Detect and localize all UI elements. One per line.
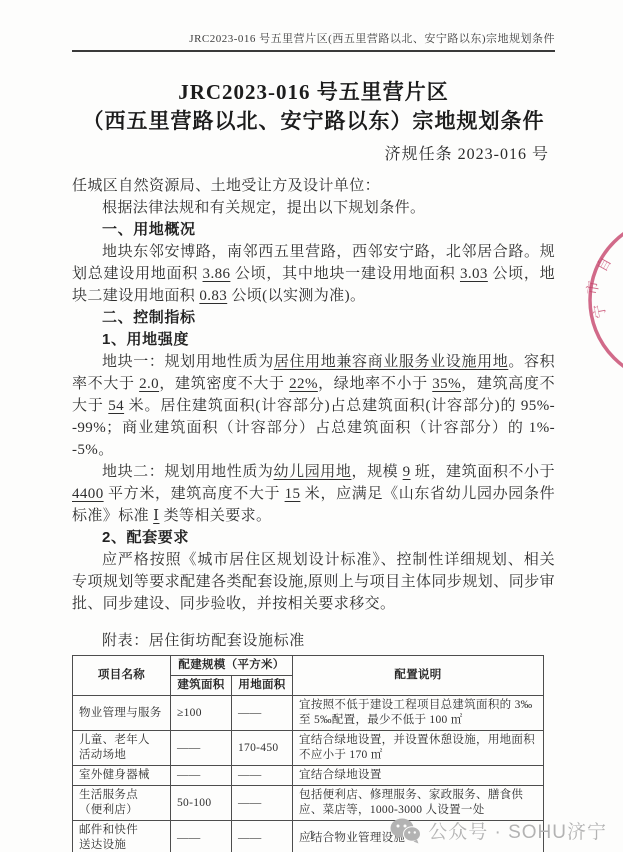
col-header-scale: 配建规模（平方米） (171, 656, 293, 676)
cell-project-name: 室外健身器械 (73, 766, 171, 786)
underlined-value: 3.86 (203, 266, 231, 282)
underlined-value: 22% (289, 376, 318, 392)
running-header: JRC2023-016 号五里营片区(西五里营路以北、安宁路以东)宗地规划条件 (72, 0, 555, 46)
seal-char-3: 宁 (591, 303, 609, 320)
doc-title-line1: JRC2023-016 号五里营片区 (72, 78, 555, 107)
facilities-table-head: 项目名称 配建规模（平方米） 配置说明 建筑面积 用地面积 (73, 656, 544, 696)
text-run: ，建筑密度不大于 (159, 376, 289, 392)
table-caption: 附表：居住街坊配套设施标准 (72, 629, 555, 650)
section-heading: 1、用地强度 (72, 329, 555, 351)
text-run: 班，建筑面积不小于 (411, 464, 555, 480)
seal-char-2: 市 (585, 280, 603, 296)
seal-circle (590, 218, 623, 382)
underlined-value: 9 (403, 464, 411, 480)
paragraph: 应严格按照《城市居住区规划设计标准》、控制性详细规划、相关专项规划等要求配建各类… (72, 549, 555, 615)
cell-note: 宜按照不低于建设工程项目总建筑面积的 3‰至 5‰配置，最少不低于 100 ㎡ (293, 696, 544, 731)
text-run: 类等相关要求。 (159, 508, 271, 524)
body-paragraphs: 任城区自然资源局、土地受让方及设计单位：根据法律法规和有关规定，提出以下规划条件… (72, 175, 555, 615)
table-row: 室外健身器械————宜结合绿地设置 (73, 766, 544, 786)
text-run: 平方米，建筑高度不大于 (104, 486, 285, 502)
cell-project-name: 物业管理与服务 (73, 696, 171, 731)
cell-land-area: —— (232, 696, 293, 731)
text-run: ，绿地率不小于 (318, 376, 432, 392)
cell-built-area: —— (171, 731, 232, 766)
header-rule (72, 50, 555, 52)
section-heading: 2、配套要求 (72, 527, 555, 549)
cell-built-area: ≥100 (171, 696, 232, 731)
cell-built-area: —— (171, 766, 232, 786)
cell-land-area: 170-450 (232, 731, 293, 766)
text-run: 应严格按照《城市居住区规划设计标准》、控制性详细规划、相关专项规划等要求配建各类… (72, 552, 555, 612)
underlined-value: 0.83 (199, 288, 227, 304)
text-run: 根据法律法规和有关规定，提出以下规划条件。 (102, 200, 425, 216)
paragraph: 根据法律法规和有关规定，提出以下规划条件。 (72, 197, 555, 219)
seal-char-1: 自 (594, 255, 615, 275)
table-row: 儿童、老年人 活动场地——170-450宜结合绿地设置，并设置休憩设施，用地面积… (73, 731, 544, 766)
content-column: JRC2023-016 号五里营片区(西五里营路以北、安宁路以东)宗地规划条件 … (72, 0, 555, 852)
cell-project-name: 儿童、老年人 活动场地 (73, 731, 171, 766)
section-heading: 二、控制指标 (72, 307, 555, 329)
text-run: 地块二：规划用地性质为 (102, 464, 274, 480)
text-run: 任城区自然资源局、土地受让方及设计单位： (72, 178, 380, 194)
section-heading: 一、用地概况 (72, 219, 555, 241)
document-page: JRC2023-016 号五里营片区(西五里营路以北、安宁路以东)宗地规划条件 … (0, 0, 623, 852)
cell-land-area: —— (232, 786, 293, 821)
cell-note: 包括便利店、修理服务、家政服务、膳食供应、菜店等，1000-3000 人设置一处 (293, 786, 544, 821)
cell-note: 宜结合绿地设置 (293, 766, 544, 786)
text-run: ，规模 (351, 464, 402, 480)
watermark: 公众号 · SOHU济宁 (390, 817, 607, 844)
watermark-label: 公众号 · SOHU济宁 (428, 817, 607, 844)
paragraph: 任城区自然资源局、土地受让方及设计单位： (72, 175, 555, 197)
text-run: 公顷(以实测为准)。 (227, 288, 365, 304)
text-run: 公顷，其中地块一建设用地面积 (230, 266, 460, 282)
wechat-icon (390, 818, 421, 844)
underlined-value: 54 (108, 398, 124, 414)
underlined-value: 35% (432, 376, 461, 392)
col-header-land-area: 用地面积 (232, 676, 293, 696)
text-run: 米。居住建筑面积(计容部分)占总建筑面积(计容部分)的 95%--99%；商业建… (72, 398, 555, 458)
paragraph: 地块一：规划用地性质为居住用地兼容商业服务业设施用地。容积率不大于 2.0，建筑… (72, 351, 555, 461)
text-run: 二、控制指标 (102, 309, 196, 326)
text-run: 一、用地概况 (102, 221, 196, 238)
underlined-value: 4400 (72, 486, 104, 502)
text-run: 地块一：规划用地性质为 (102, 354, 274, 370)
col-header-project: 项目名称 (73, 656, 171, 696)
cell-note: 宜结合绿地设置，并设置休憩设施，用地面积不应小于 170 ㎡ (293, 731, 544, 766)
cell-project-name: 生活服务点 （便利店） (73, 786, 171, 821)
table-row: 物业管理与服务≥100——宜按照不低于建设工程项目总建筑面积的 3‰至 5‰配置… (73, 696, 544, 731)
table-header-row-1: 项目名称 配建规模（平方米） 配置说明 (73, 656, 544, 676)
doc-title-line2: （西五里营路以北、安宁路以东）宗地规划条件 (72, 107, 555, 136)
doc-number: 济规任条 2023-016 号 (72, 141, 555, 164)
cell-built-area: 50-100 (171, 786, 232, 821)
underlined-value: 15 (285, 486, 301, 502)
text-run: 1、用地强度 (102, 331, 189, 348)
underlined-value: 3.03 (460, 266, 488, 282)
underlined-value: 居住用地兼容商业服务业设施用地 (274, 354, 508, 370)
table-row: 生活服务点 （便利店）50-100——包括便利店、修理服务、家政服务、膳食供应、… (73, 786, 544, 821)
underlined-value: 2.0 (139, 376, 159, 392)
paragraph: 地块二：规划用地性质为幼儿园用地，规模 9 班，建筑面积不小于 4400 平方米… (72, 461, 555, 527)
underlined-value: 幼儿园用地 (274, 464, 352, 480)
col-header-note: 配置说明 (293, 656, 544, 696)
paragraph: 地块东邻安博路，南邻西五里营路，西邻安宁路，北邻居合路。规划总建设用地面积 3.… (72, 241, 555, 307)
col-header-built-area: 建筑面积 (171, 676, 232, 696)
cell-land-area: —— (232, 766, 293, 786)
text-run: 2、配套要求 (102, 529, 189, 546)
